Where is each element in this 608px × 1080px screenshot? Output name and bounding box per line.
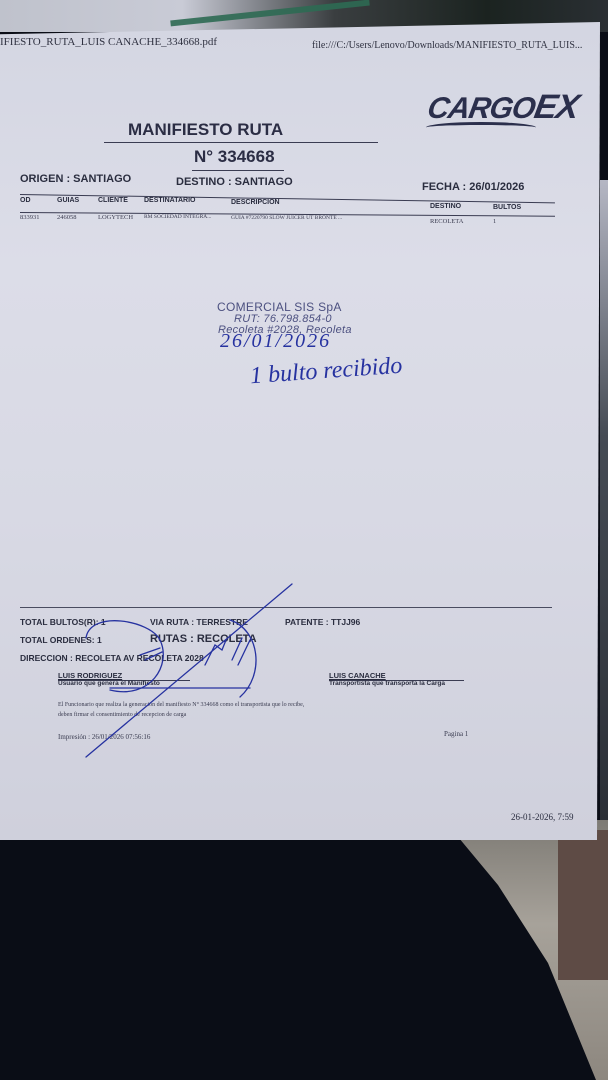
date-field: FECHA : 26/01/2026 — [422, 181, 524, 193]
rutas: RUTAS : RECOLETA — [150, 633, 257, 645]
cell-bultos: 1 — [493, 218, 496, 225]
col-header-od: OD — [20, 197, 31, 204]
printed-manifest-page: IFIESTO_RUTA_LUIS CANACHE_334668.pdf fil… — [0, 22, 600, 840]
col-header-destinatario: DESTINATARIO — [144, 197, 195, 204]
browser-print-timestamp: 26-01-2026, 7:59 — [511, 812, 574, 822]
cargoex-logo: CARGOEX — [425, 88, 582, 127]
total-ordenes: TOTAL ORDENES: 1 — [20, 635, 102, 645]
number-underline — [192, 170, 284, 171]
cell-destinatario: RM SOCIEDAD INTEGRA... — [144, 214, 211, 220]
cell-guias: 246058 — [57, 214, 77, 221]
col-header-descripcion: DESCRIPCION — [231, 199, 280, 206]
consent-note-line1: El Funcionario que realiza la generacion… — [58, 702, 304, 708]
page-number: Pagina 1 — [444, 730, 468, 738]
print-datetime: Impresión : 26/01/2026 07:56:16 — [58, 733, 150, 741]
destination-field: DESTINO : SANTIAGO — [176, 176, 293, 188]
patente: PATENTE : TTJJ96 — [285, 617, 360, 627]
logo-suffix-text: EX — [531, 88, 581, 126]
col-header-guias: GUIAS — [57, 197, 79, 204]
origin-field: ORIGEN : SANTIAGO — [20, 173, 131, 185]
consent-note-line2: deben firmar el consentimiento de recepc… — [58, 712, 186, 718]
logo-swoosh-icon — [426, 122, 536, 133]
document-title: MANIFIESTO RUTA — [128, 120, 283, 140]
print-header-url: file:///C:/Users/Lenovo/Downloads/MANIFI… — [312, 40, 582, 51]
cell-od: 833931 — [20, 214, 40, 221]
signer-left-role: Usuario que genera el Manifiesto — [58, 680, 160, 687]
via-ruta: VIA RUTA : TERRESTRE — [150, 617, 248, 627]
handwritten-date: 26/01/2026 — [220, 330, 331, 353]
col-header-cliente: CLIENTE — [98, 197, 128, 204]
cell-destino: RECOLETA — [430, 218, 463, 225]
footer-divider — [20, 607, 552, 608]
stamp-company: COMERCIAL SIS SpA — [217, 300, 342, 314]
background-right-edge — [600, 180, 608, 820]
col-header-destino: DESTINO — [430, 203, 461, 210]
cell-cliente: LOGYTECH — [98, 214, 133, 221]
col-header-bultos: BULTOS — [493, 204, 521, 211]
print-header-filename: IFIESTO_RUTA_LUIS CANACHE_334668.pdf — [0, 36, 217, 48]
cell-descripcion: GUIA #7220790 SLOW JUICER UT BRONTE ... — [231, 215, 342, 221]
manifest-number: N° 334668 — [194, 147, 275, 167]
handwritten-note: 1 bulto recibido — [249, 353, 403, 391]
total-bultos: TOTAL BULTOS(R): 1 — [20, 617, 106, 627]
signer-right-name: LUIS CANACHE — [329, 671, 386, 680]
background-object — [170, 0, 370, 26]
logo-main-text: CARGO — [425, 92, 537, 125]
background-box — [558, 830, 608, 980]
signer-left-name: LUIS RODRIGUEZ — [58, 671, 122, 680]
direccion: DIRECCION : RECOLETA AV RECOLETA 2028 — [20, 653, 204, 663]
title-underline — [104, 142, 378, 143]
signer-right-role: Transportista que transporta la Carga — [329, 680, 445, 687]
